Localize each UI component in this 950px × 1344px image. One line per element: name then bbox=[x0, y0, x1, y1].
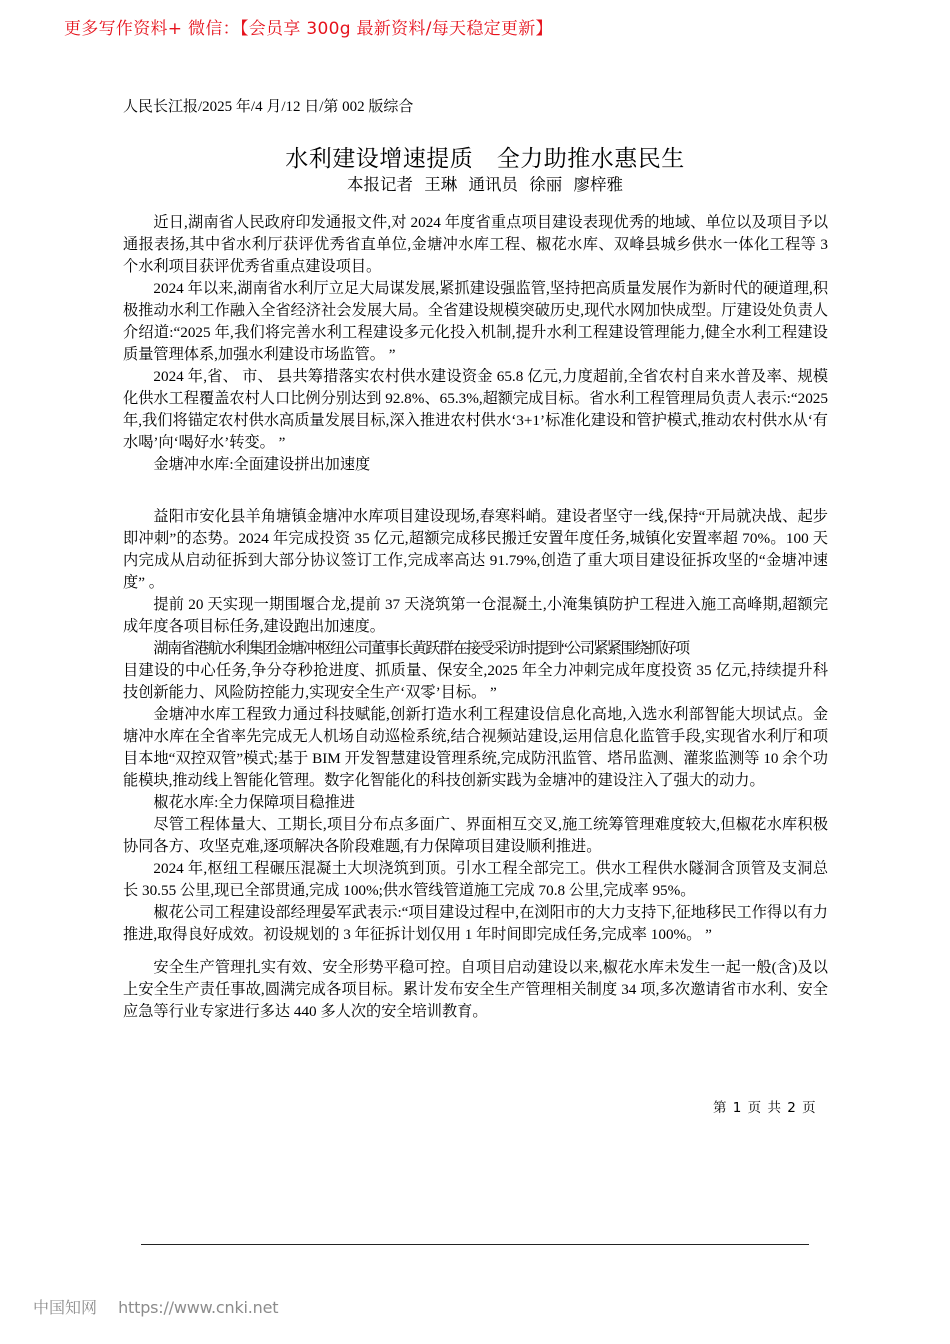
paragraph-quote-start: 湖南省港航水利集团金塘冲枢纽公司董事长黄跃群在接受采访时提到“公司紧紧围绕抓好项 bbox=[123, 638, 828, 660]
page-indicator: 第 1 页 共 2 页 bbox=[713, 1096, 816, 1116]
paragraph: 提前 20 天实现一期围堰合龙,提前 37 天浇筑第一仓混凝土,小淹集镇防护工程… bbox=[123, 594, 828, 638]
article-title: 水利建设增速提质 全力助推水惠民生 bbox=[0, 140, 950, 173]
watermark: 中国知网 https://www.cnki.net bbox=[33, 1295, 278, 1318]
paragraph: 安全生产管理扎实有效、安全形势平稳可控。自项目启动建设以来,椒花水库未发生一起一… bbox=[123, 957, 828, 1023]
spacer bbox=[123, 946, 828, 957]
article-byline: 本报记者 王琳 通讯员 徐丽 廖梓雅 bbox=[0, 171, 950, 195]
section-heading-jintangchong: 金塘冲水库:全面建设拼出加速度 bbox=[123, 454, 828, 476]
watermark-brand: 中国知网 bbox=[33, 1298, 97, 1317]
paragraph: 2024 年,省、 市、 县共筹措落实农村供水建设资金 65.8 亿元,力度超前… bbox=[123, 366, 828, 454]
paragraph: 尽管工程体量大、工期长,项目分布点多面广、界面相互交叉,施工统筹管理难度较大,但… bbox=[123, 814, 828, 858]
paragraph: 益阳市安化县羊角塘镇金塘冲水库项目建设现场,春寒料峭。建设者坚守一线,保持“开局… bbox=[123, 506, 828, 594]
promo-banner: 更多写作资料+ 微信：【会员享 300g 最新资料/每天稳定更新】 bbox=[64, 14, 553, 39]
article-body: 近日,湖南省人民政府印发通报文件,对 2024 年度省重点项目建设表现优秀的地域… bbox=[123, 212, 828, 1023]
paragraph: 金塘冲水库工程致力通过科技赋能,创新打造水利工程建设信息化高地,入选水利部智能大… bbox=[123, 704, 828, 792]
section-heading-jiaohua: 椒花水库:全力保障项目稳推进 bbox=[123, 792, 828, 814]
paragraph-intro: 近日,湖南省人民政府印发通报文件,对 2024 年度省重点项目建设表现优秀的地域… bbox=[123, 212, 828, 278]
paragraph-quote-continuation: 目建设的中心任务,争分夺秒抢进度、抓质量、保安全,2025 年全力冲刺完成年度投… bbox=[123, 660, 828, 704]
paragraph: 椒花公司工程建设部经理晏军武表示:“项目建设过程中,在浏阳市的大力支持下,征地移… bbox=[123, 902, 828, 946]
source-line: 人民长江报/2025 年/4 月/12 日/第 002 版综合 bbox=[123, 97, 423, 118]
spacer bbox=[123, 476, 828, 506]
paragraph: 2024 年以来,湖南省水利厅立足大局谋发展,紧抓建设强监管,坚持把高质量发展作… bbox=[123, 278, 828, 366]
footer-divider bbox=[141, 1244, 809, 1245]
watermark-url: https://www.cnki.net bbox=[118, 1298, 278, 1317]
paragraph: 2024 年,枢纽工程碾压混凝土大坝浇筑到顶。引水工程全部完工。供水工程供水隧洞… bbox=[123, 858, 828, 902]
